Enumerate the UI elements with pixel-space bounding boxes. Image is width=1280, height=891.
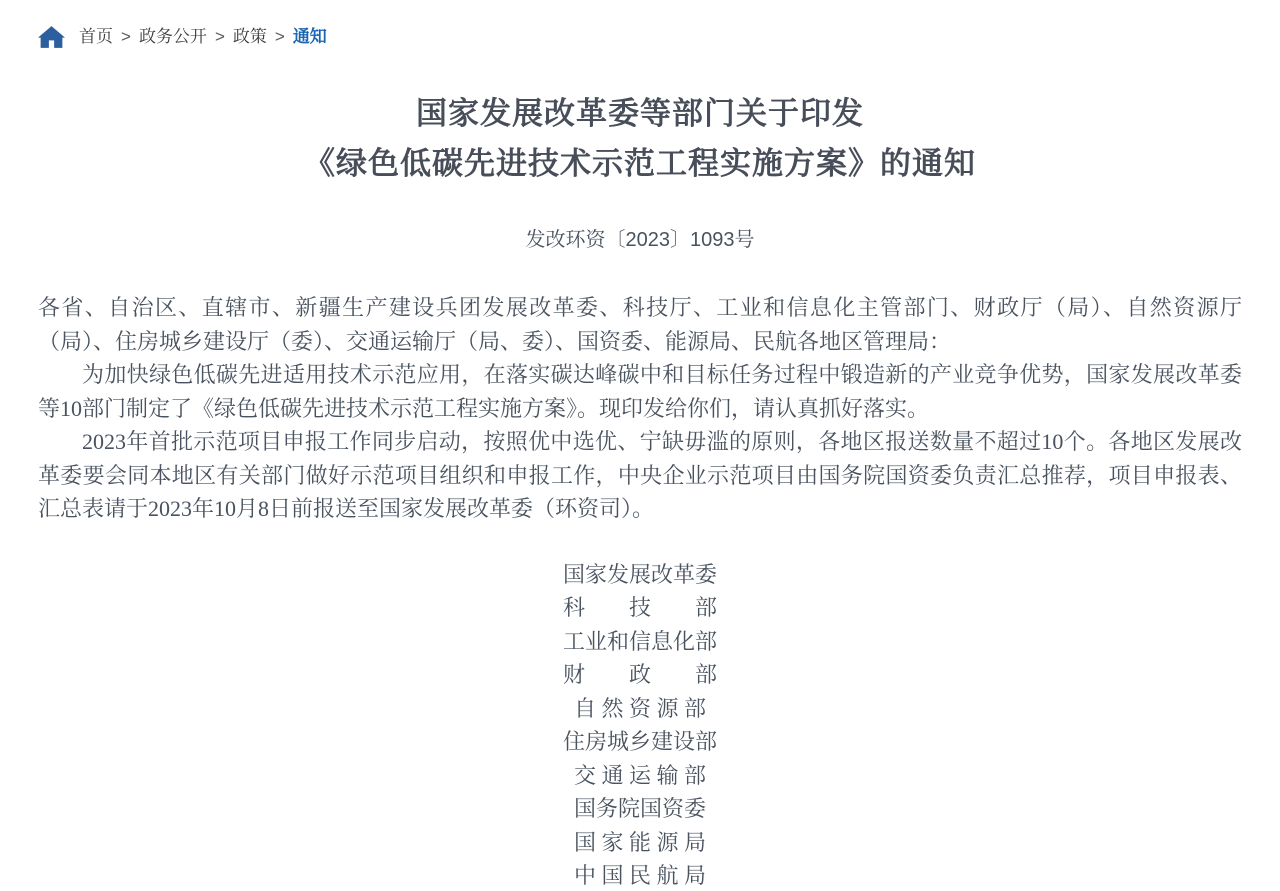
signature-line: 住房城乡建设部: [0, 725, 1280, 759]
signature-list: 国家发展改革委 科 技 部 工业和信息化部 财 政 部 自 然 资 源 部 住房…: [0, 558, 1280, 891]
breadcrumb-home-link[interactable]: [38, 25, 65, 49]
breadcrumb-separator: >: [215, 25, 225, 49]
page-title-line1: 国家发展改革委等部门关于印发: [0, 89, 1280, 139]
body-paragraph-1: 为加快绿色低碳先进适用技术示范应用，在落实碳达峰碳中和目标任务过程中锻造新的产业…: [38, 358, 1242, 425]
page-title-line2: 《绿色低碳先进技术示范工程实施方案》的通知: [0, 139, 1280, 189]
breadcrumb-item-home[interactable]: 首页: [79, 25, 113, 49]
signature-line: 国家发展改革委: [0, 558, 1280, 592]
signature-line: 中 国 民 航 局: [0, 859, 1280, 891]
home-icon: [38, 25, 65, 49]
addressee-paragraph: 各省、自治区、直辖市、新疆生产建设兵团发展改革委、科技厅、工业和信息化主管部门、…: [38, 291, 1242, 358]
signature-line: 财 政 部: [0, 658, 1280, 692]
signature-line: 工业和信息化部: [0, 625, 1280, 659]
breadcrumb-separator: >: [275, 25, 285, 49]
body-paragraph-2: 2023年首批示范项目申报工作同步启动，按照优中选优、宁缺毋滥的原则，各地区报送…: [38, 425, 1242, 526]
notice-document: 国家发展改革委等部门关于印发 《绿色低碳先进技术示范工程实施方案》的通知 发改环…: [0, 89, 1280, 891]
breadcrumb-item-gov-info[interactable]: 政务公开: [139, 25, 207, 49]
doc-number: 发改环资〔2023〕1093号: [0, 227, 1280, 253]
signature-line: 交 通 运 输 部: [0, 759, 1280, 793]
breadcrumb-item-notice: 通知: [293, 25, 327, 49]
breadcrumb-item-policy[interactable]: 政策: [233, 25, 267, 49]
page-title: 国家发展改革委等部门关于印发 《绿色低碳先进技术示范工程实施方案》的通知: [0, 89, 1280, 189]
signature-line: 自 然 资 源 部: [0, 692, 1280, 726]
signature-line: 国务院国资委: [0, 792, 1280, 826]
doc-body: 各省、自治区、直辖市、新疆生产建设兵团发展改革委、科技厅、工业和信息化主管部门、…: [38, 291, 1242, 526]
signature-line: 科 技 部: [0, 591, 1280, 625]
breadcrumb: 首页 > 政务公开 > 政策 > 通知: [0, 0, 1280, 49]
signature-line: 国 家 能 源 局: [0, 826, 1280, 860]
breadcrumb-separator: >: [121, 25, 131, 49]
